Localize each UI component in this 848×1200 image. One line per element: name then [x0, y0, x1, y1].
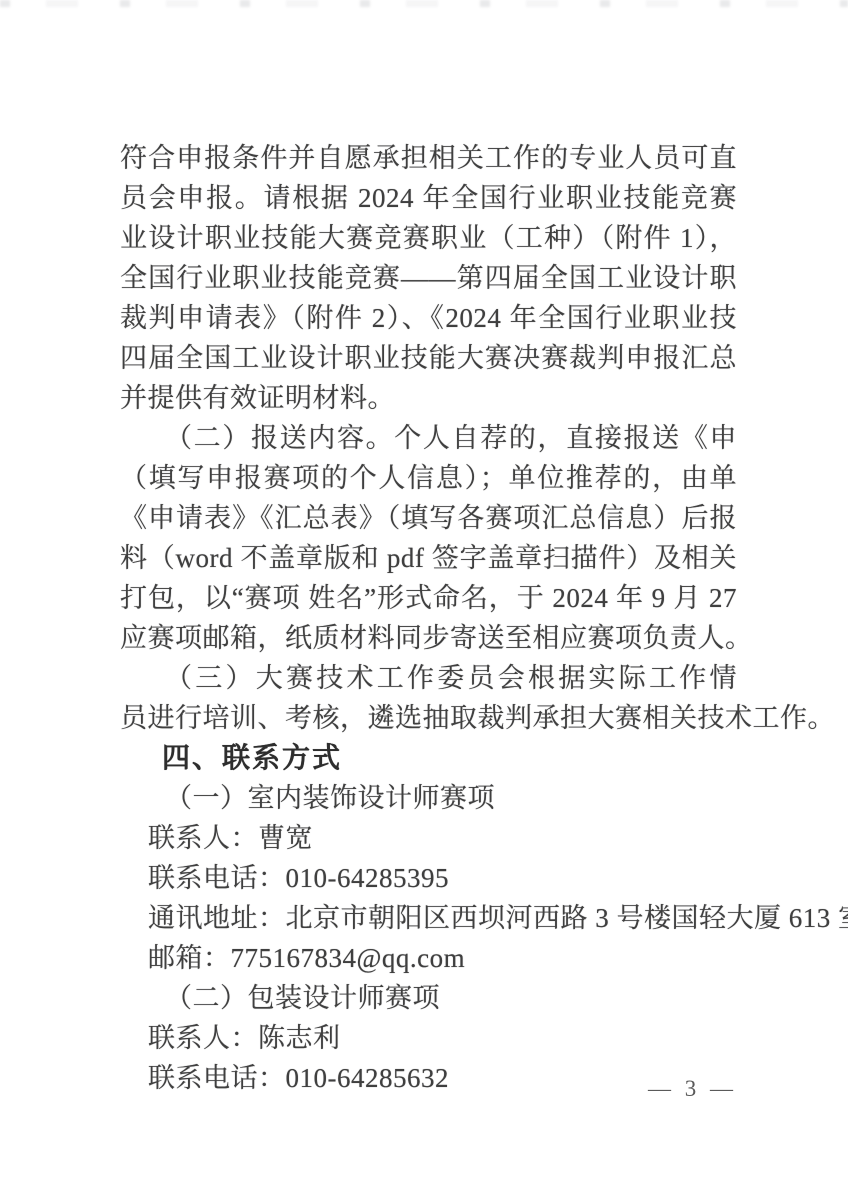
- body-text-line: 四届全国工业设计职业技能大赛决赛裁判申报汇总表》（附件 3），: [120, 338, 737, 378]
- scanned-document-page: 符合申报条件并自愿承担相关工作的专业人员可直接向技术工作委 员会申报。请根据 2…: [0, 0, 848, 1200]
- section-heading-contact-info: 四、联系方式: [120, 738, 737, 778]
- contact-phone-line: 联系电话：010-64285632: [120, 1058, 737, 1098]
- document-body: 符合申报条件并自愿承担相关工作的专业人员可直接向技术工作委 员会申报。请根据 2…: [120, 138, 737, 1098]
- body-text-line: 符合申报条件并自愿承担相关工作的专业人员可直接向技术工作委: [120, 138, 737, 178]
- page-number: — 3 —: [648, 1076, 737, 1102]
- item-3-committee-duties: （三）大赛技术工作委员会根据实际工作情况，对裁判申报人: [120, 658, 737, 698]
- body-text-line: 并提供有效证明材料。: [120, 378, 737, 418]
- contact-person-line: 联系人：陈志利: [120, 1018, 737, 1058]
- body-text-line: 应赛项邮箱，纸质材料同步寄送至相应赛项负责人。: [120, 618, 737, 658]
- body-text-line: 全国行业职业技能竞赛——第四届全国工业设计职业技能大赛决赛: [120, 258, 737, 298]
- contact-person-line: 联系人：曹宽: [120, 818, 737, 858]
- subsection-interior-design: （一）室内装饰设计师赛项: [120, 778, 737, 818]
- body-text-line: 员进行培训、考核，遴选抽取裁判承担大赛相关技术工作。: [120, 698, 737, 738]
- email-line: 邮箱：775167834@qq.com: [120, 938, 737, 978]
- body-text-line: 业设计职业技能大赛竞赛职业（工种）（附件 1），填写《2024 年: [120, 218, 737, 258]
- body-text-line: 料（word 不盖章版和 pdf 签字盖章扫描件）及相关证明材料电子版: [120, 538, 737, 578]
- body-text-line: 员会申报。请根据 2024 年全国行业职业技能竞赛——第四届全国工: [120, 178, 737, 218]
- scan-noise-artifact: [0, 0, 848, 7]
- body-text-line: 《申请表》《汇总表》（填写各赛项汇总信息）后报送。将上述材: [120, 498, 737, 538]
- mailing-address-line: 通讯地址：北京市朝阳区西坝河西路 3 号楼国轻大厦 613 室: [120, 898, 737, 938]
- subsection-packaging-design: （二）包装设计师赛项: [120, 978, 737, 1018]
- item-2-submission-content: （二）报送内容。个人自荐的，直接报送《申请表》《汇总表》: [120, 418, 737, 458]
- contact-phone-line: 联系电话：010-64285395: [120, 858, 737, 898]
- body-text-line: 打包，以“赛项 姓名”形式命名，于 2024 年 9 月 27 日前发送至相: [120, 578, 737, 618]
- body-text-line: （填写申报赛项的个人信息）；单位推荐的，由单位收集推荐人选: [120, 458, 737, 498]
- body-text-line: 裁判申请表》（附件 2）、《2024 年全国行业职业技能竞赛——第: [120, 298, 737, 338]
